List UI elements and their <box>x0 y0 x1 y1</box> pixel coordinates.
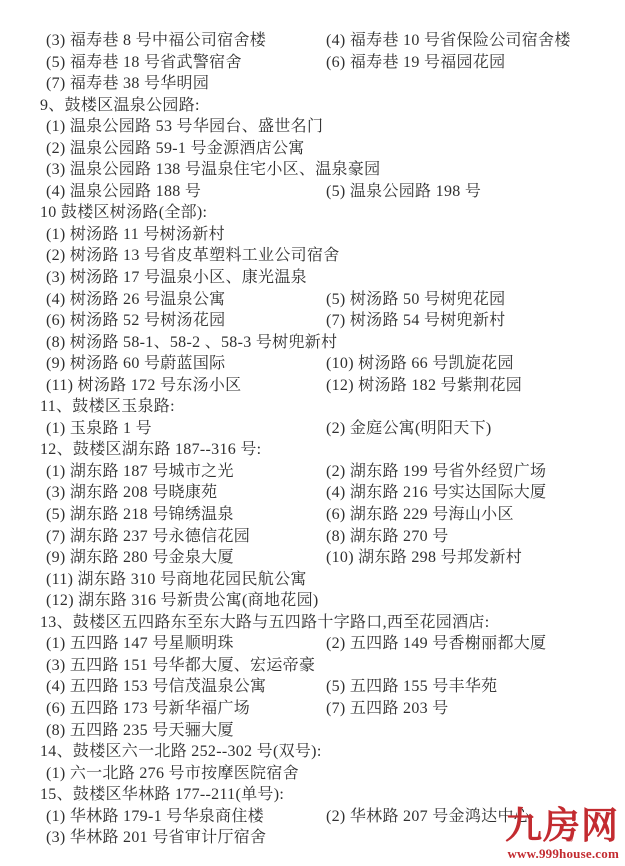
address-entry: (8) 树汤路 58-1、58-2 、58-3 号树兜新村 <box>46 332 337 354</box>
address-line: (1) 六一北路 276 号市按摩医院宿舍 <box>0 763 625 785</box>
address-entry: (11) 湖东路 310 号商地花园民航公寓 <box>46 569 307 591</box>
address-entry: (3) 树汤路 17 号温泉小区、康光温泉 <box>46 267 307 289</box>
address-line: (7) 湖东路 237 号永德信花园(8) 湖东路 270 号 <box>0 526 625 548</box>
address-entry: (9) 树汤路 60 号蔚蓝国际 <box>46 353 225 375</box>
address-entry: (12) 湖东路 316 号新贵公寓(商地花园) <box>46 590 319 612</box>
address-line: (8) 五四路 235 号天骊大厦 <box>0 720 625 742</box>
section-title: 10 鼓楼区树汤路(全部): <box>40 202 207 224</box>
section-header: 12、鼓楼区湖东路 187--316 号: <box>0 439 625 461</box>
address-entry: (4) 湖东路 216 号实达国际大厦 <box>326 482 546 504</box>
address-line: (11) 树汤路 172 号东汤小区(12) 树汤路 182 号紫荆花园 <box>0 375 625 397</box>
address-entry: (4) 温泉公园路 188 号 <box>46 181 201 203</box>
address-line: (4) 温泉公园路 188 号(5) 温泉公园路 198 号 <box>0 181 625 203</box>
address-entry: (9) 湖东路 280 号金泉大厦 <box>46 547 234 569</box>
address-line: (6) 树汤路 52 号树汤花园(7) 树汤路 54 号树兜新村 <box>0 310 625 332</box>
address-entry: (4) 福寿巷 10 号省保险公司宿舍楼 <box>326 30 571 52</box>
address-entry: (1) 六一北路 276 号市按摩医院宿舍 <box>46 763 299 785</box>
address-line: (6) 五四路 173 号新华福广场(7) 五四路 203 号 <box>0 698 625 720</box>
address-line: (9) 湖东路 280 号金泉大厦(10) 湖东路 298 号邦发新村 <box>0 547 625 569</box>
address-line: (5) 福寿巷 18 号省武警宿舍(6) 福寿巷 19 号福园花园 <box>0 52 625 74</box>
address-line: (3) 温泉公园路 138 号温泉住宅小区、温泉豪园 <box>0 159 625 181</box>
address-entry: (7) 湖东路 237 号永德信花园 <box>46 526 250 548</box>
section-title: 14、鼓楼区六一北路 252--302 号(双号): <box>40 741 322 763</box>
section-title: 12、鼓楼区湖东路 187--316 号: <box>40 439 261 461</box>
section-title: 11、鼓楼区玉泉路: <box>40 396 175 418</box>
address-entry: (7) 福寿巷 38 号华明园 <box>46 73 209 95</box>
section-title: 13、鼓楼区五四路东至东大路与五四路十字路口,西至花园酒店: <box>40 612 489 634</box>
section-header: 11、鼓楼区玉泉路: <box>0 396 625 418</box>
address-entry: (3) 温泉公园路 138 号温泉住宅小区、温泉豪园 <box>46 159 380 181</box>
address-line: (4) 树汤路 26 号温泉公寓(5) 树汤路 50 号树兜花园 <box>0 289 625 311</box>
address-entry: (2) 温泉公园路 59-1 号金源酒店公寓 <box>46 138 305 160</box>
address-entry: (3) 福寿巷 8 号中福公司宿舍楼 <box>46 30 266 52</box>
address-line: (5) 湖东路 218 号锦绣温泉(6) 湖东路 229 号海山小区 <box>0 504 625 526</box>
address-entry: (6) 五四路 173 号新华福广场 <box>46 698 250 720</box>
address-line: (11) 湖东路 310 号商地花园民航公寓 <box>0 569 625 591</box>
address-entry: (5) 五四路 155 号丰华苑 <box>326 676 497 698</box>
section-header: 13、鼓楼区五四路东至东大路与五四路十字路口,西至花园酒店: <box>0 612 625 634</box>
address-entry: (10) 树汤路 66 号凯旋花园 <box>326 353 514 375</box>
address-line: (2) 树汤路 13 号省皮革塑料工业公司宿舍 <box>0 245 625 267</box>
section-header: 9、鼓楼区温泉公园路: <box>0 95 625 117</box>
address-entry: (10) 湖东路 298 号邦发新村 <box>326 547 522 569</box>
registered-trademark-icon: ® <box>567 836 573 844</box>
address-entry: (2) 树汤路 13 号省皮革塑料工业公司宿舍 <box>46 245 340 267</box>
address-entry: (2) 华林路 207 号金鸿达中心 <box>326 806 530 828</box>
address-line: (7) 福寿巷 38 号华明园 <box>0 73 625 95</box>
address-entry: (6) 树汤路 52 号树汤花园 <box>46 310 225 332</box>
address-entry: (2) 五四路 149 号香榭丽都大厦 <box>326 633 546 655</box>
address-entry: (4) 五四路 153 号信茂温泉公寓 <box>46 676 266 698</box>
address-entry: (8) 湖东路 270 号 <box>326 526 449 548</box>
section-title: 15、鼓楼区华林路 177--211(单号): <box>40 784 284 806</box>
address-entry: (5) 温泉公园路 198 号 <box>326 181 481 203</box>
address-entry: (5) 湖东路 218 号锦绣温泉 <box>46 504 234 526</box>
address-line: (3) 湖东路 208 号晓康苑(4) 湖东路 216 号实达国际大厦 <box>0 482 625 504</box>
address-entry: (1) 树汤路 11 号树汤新村 <box>46 224 225 246</box>
address-entry: (3) 湖东路 208 号晓康苑 <box>46 482 217 504</box>
address-entry: (6) 福寿巷 19 号福园花园 <box>326 52 505 74</box>
address-line: (3) 五四路 151 号华都大厦、宏运帝豪 <box>0 655 625 677</box>
address-entry: (3) 华林路 201 号省审计厅宿舍 <box>46 827 266 849</box>
address-line: (1) 温泉公园路 53 号华园台、盛世名门 <box>0 116 625 138</box>
address-entry: (5) 树汤路 50 号树兜花园 <box>326 289 505 311</box>
address-entry: (2) 金庭公寓(明阳天下) <box>326 418 492 440</box>
address-entry: (4) 树汤路 26 号温泉公寓 <box>46 289 225 311</box>
address-line: (1) 玉泉路 1 号(2) 金庭公寓(明阳天下) <box>0 418 625 440</box>
site-logo-text: 九房网 <box>505 806 619 847</box>
section-header: 10 鼓楼区树汤路(全部): <box>0 202 625 224</box>
section-title: 9、鼓楼区温泉公园路: <box>40 95 200 117</box>
address-line: (3) 福寿巷 8 号中福公司宿舍楼(4) 福寿巷 10 号省保险公司宿舍楼 <box>0 30 625 52</box>
address-entry: (8) 五四路 235 号天骊大厦 <box>46 720 234 742</box>
address-line: (12) 湖东路 316 号新贵公寓(商地花园) <box>0 590 625 612</box>
watermark: 九房网® www.999house.com <box>505 808 619 862</box>
section-header: 14、鼓楼区六一北路 252--302 号(双号): <box>0 741 625 763</box>
address-line: (1) 五四路 147 号星顺明珠(2) 五四路 149 号香榭丽都大厦 <box>0 633 625 655</box>
address-line: (3) 树汤路 17 号温泉小区、康光温泉 <box>0 267 625 289</box>
address-entry: (5) 福寿巷 18 号省武警宿舍 <box>46 52 242 74</box>
address-line: (9) 树汤路 60 号蔚蓝国际(10) 树汤路 66 号凯旋花园 <box>0 353 625 375</box>
address-entry: (1) 玉泉路 1 号 <box>46 418 152 440</box>
address-list: (3) 福寿巷 8 号中福公司宿舍楼(4) 福寿巷 10 号省保险公司宿舍楼(5… <box>0 30 625 849</box>
address-entry: (12) 树汤路 182 号紫荆花园 <box>326 375 522 397</box>
address-entry: (1) 温泉公园路 53 号华园台、盛世名门 <box>46 116 323 138</box>
address-entry: (11) 树汤路 172 号东汤小区 <box>46 375 241 397</box>
address-line: (8) 树汤路 58-1、58-2 、58-3 号树兜新村 <box>0 332 625 354</box>
address-entry: (2) 湖东路 199 号省外经贸广场 <box>326 461 546 483</box>
address-entry: (1) 华林路 179-1 号华泉商住楼 <box>46 806 264 828</box>
address-line: (2) 温泉公园路 59-1 号金源酒店公寓 <box>0 138 625 160</box>
address-line: (1) 树汤路 11 号树汤新村 <box>0 224 625 246</box>
address-entry: (7) 五四路 203 号 <box>326 698 449 720</box>
address-entry: (7) 树汤路 54 号树兜新村 <box>326 310 505 332</box>
address-entry: (1) 湖东路 187 号城市之光 <box>46 461 234 483</box>
address-entry: (1) 五四路 147 号星顺明珠 <box>46 633 234 655</box>
site-logo: 九房网® <box>505 808 619 845</box>
site-url: www.999house.com <box>505 846 619 862</box>
address-line: (1) 湖东路 187 号城市之光(2) 湖东路 199 号省外经贸广场 <box>0 461 625 483</box>
address-entry: (3) 五四路 151 号华都大厦、宏运帝豪 <box>46 655 315 677</box>
section-header: 15、鼓楼区华林路 177--211(单号): <box>0 784 625 806</box>
address-entry: (6) 湖东路 229 号海山小区 <box>326 504 514 526</box>
address-line: (4) 五四路 153 号信茂温泉公寓(5) 五四路 155 号丰华苑 <box>0 676 625 698</box>
